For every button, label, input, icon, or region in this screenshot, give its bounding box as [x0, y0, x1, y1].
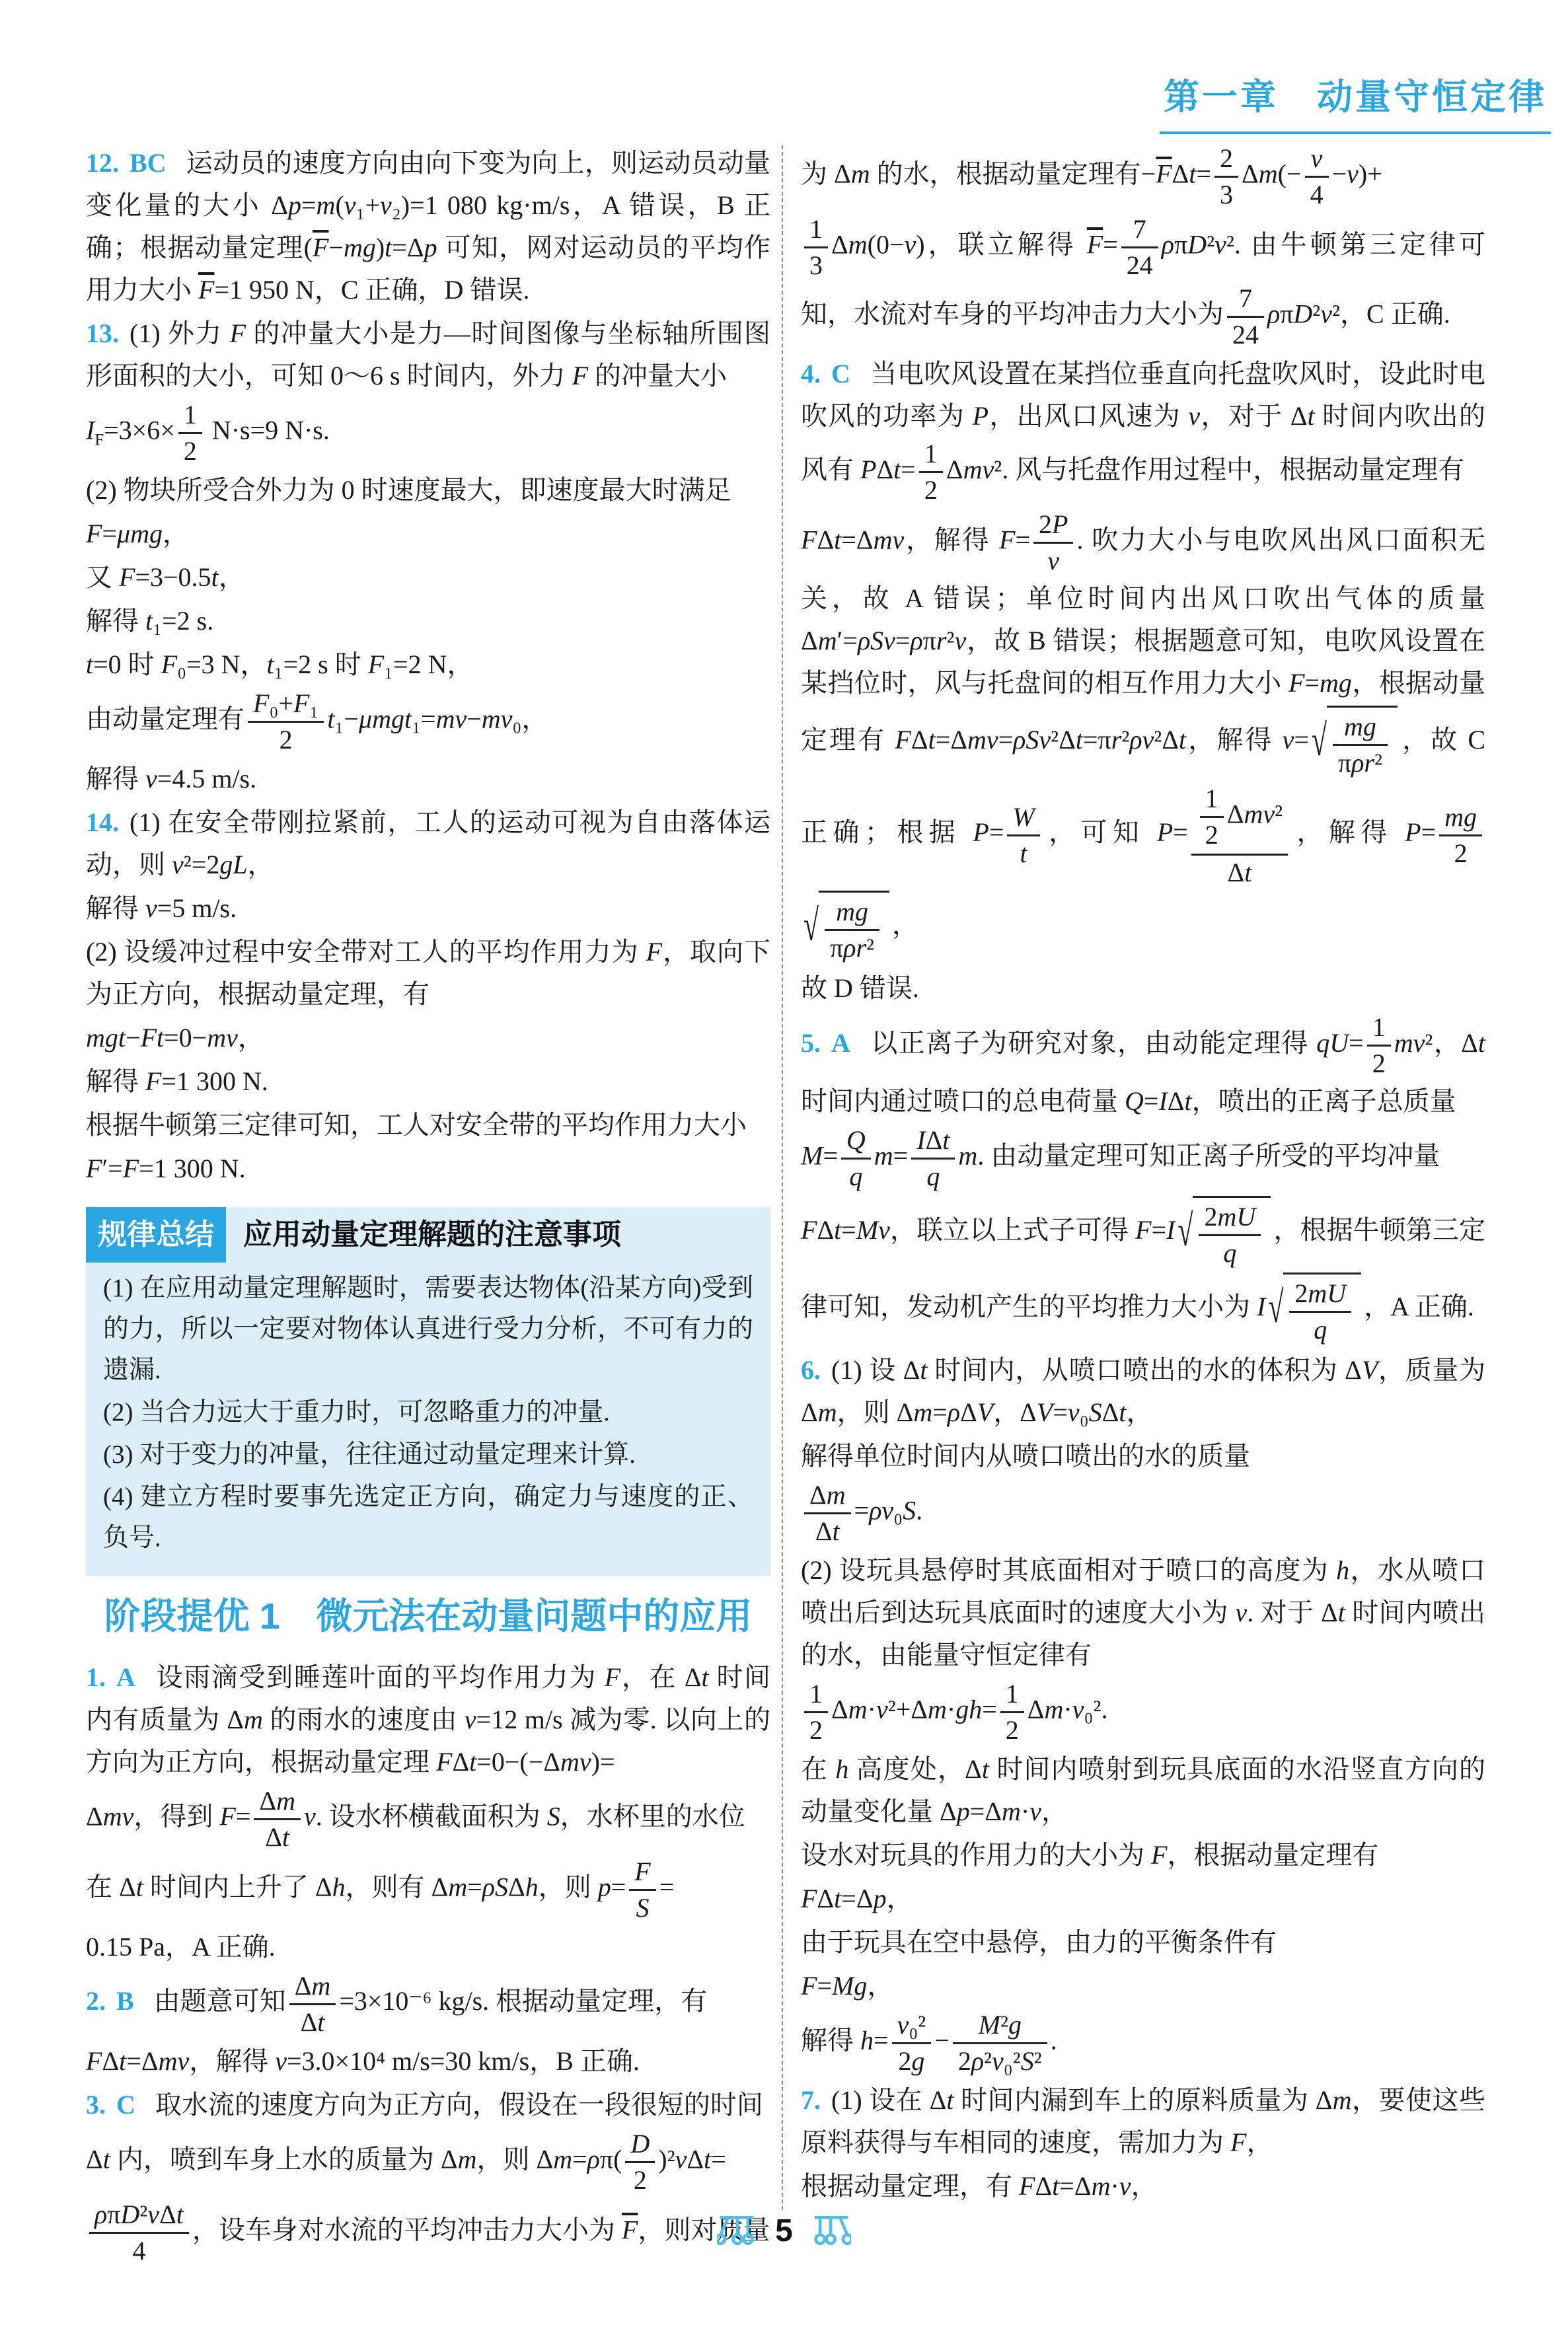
variable: v [1047, 546, 1059, 575]
radicand: mgπρr² [819, 891, 889, 965]
variable: Mv [856, 1215, 890, 1245]
rule-box-paragraph: (1) 在应用动量定理解题时，需要表达物体(沿某方向)受到的力，所以一定要对物体… [103, 1268, 753, 1391]
variable: V [1037, 1397, 1053, 1427]
variable: ρr [1351, 748, 1374, 778]
variable: F [1151, 1840, 1167, 1870]
variable: r [936, 626, 947, 655]
variable: m [963, 455, 983, 484]
paragraph: 根据牛顿第三定律可知，工人对安全带的平均作用力大小 [86, 1104, 770, 1146]
radicand: 2mUq [1193, 1196, 1271, 1270]
variable: gL [219, 850, 247, 879]
variable: mv [482, 704, 513, 734]
variable: t [317, 2007, 324, 2037]
variable: W [1012, 802, 1034, 832]
variable: v [1320, 299, 1332, 329]
numerator: 1 [178, 400, 202, 434]
fraction: 12Δmv²Δt [1191, 782, 1288, 888]
denominator: 2g [892, 2044, 932, 2077]
variable: ρ [587, 2144, 600, 2174]
variable: t [1020, 838, 1027, 868]
answer-letter: A [116, 1662, 135, 1692]
variable: I [1166, 1215, 1175, 1245]
newton-cradle-icon [717, 2212, 757, 2249]
variable: m [958, 1141, 977, 1171]
variable: mU [1217, 1202, 1255, 1232]
variable: F [634, 1857, 650, 1886]
fraction: IΔtq [911, 1125, 955, 1192]
variable: F [999, 525, 1015, 555]
item-body: (1) 设 Δt 时间内，从喷口喷出的水的体积为 ΔV，质量为 Δm，则 Δm=… [801, 1355, 1485, 1427]
rule-box-header: 规律总结应用动量定理解题的注意事项 [86, 1207, 753, 1263]
variable: m [851, 159, 870, 189]
radicand: 2mUq [1283, 1273, 1361, 1347]
variable: D [1187, 230, 1207, 260]
numerator: 1 [1367, 1012, 1391, 1047]
variable: I [86, 416, 94, 445]
variable: v [1119, 2171, 1131, 2201]
denominator: πρr² [1333, 746, 1388, 778]
variable: P [1052, 509, 1068, 539]
denominator: 2 [625, 2163, 655, 2196]
numerator: 1 [804, 214, 828, 248]
paragraph: 13Δm(0−v)，联立解得 F=724ρπD²v². 由牛顿第三定律可知，水流… [801, 213, 1485, 351]
variable: V [977, 1397, 993, 1427]
textbook-answer-page: 第一章 动量守恒定律 12.BC运动员的速度方向由向下变为向上，则运动员动量变化… [0, 0, 1568, 2325]
variable: V [1362, 1355, 1378, 1385]
variable: v [172, 850, 184, 879]
variable: F [230, 318, 246, 348]
denominator: πρr² [825, 931, 879, 963]
paragraph: t=0 时 F₀=3 N，t₁=2 s 时 F₁=2 N， [86, 644, 770, 686]
variable: qU [1316, 1028, 1349, 1058]
denominator: t [1007, 836, 1039, 869]
fraction: mgπρr² [1333, 712, 1388, 778]
numerator: 1 [804, 1679, 828, 1713]
variable: P [860, 455, 876, 484]
variable: m [458, 2144, 477, 2174]
variable: t [834, 525, 841, 555]
denominator: q [1199, 1236, 1261, 1269]
denominator: 24 [1121, 248, 1158, 281]
denominator: Δt [804, 1514, 851, 1547]
overbar-variable: F [313, 233, 328, 262]
variable: v [1283, 725, 1294, 755]
paragraph: FΔt=Mv，联立以上式子可得 F=I√2mUq，根据牛顿第三定律可知，发动机产… [801, 1195, 1485, 1348]
variable: D [1293, 299, 1312, 329]
variable: m [913, 1397, 932, 1427]
fraction: 2mUq [1199, 1202, 1261, 1269]
variable: F [123, 1154, 139, 1183]
answer-item: 14.(1) 在安全带刚拉紧前，工人的运动可视为自由落体运动，则 v²=2gL， [86, 801, 770, 886]
answer-item: 5.A以正离子为研究对象，由动能定理得 qU=12mv²，Δt 时间内通过喷口的… [801, 1011, 1485, 1123]
item-number: 5. [801, 1028, 821, 1058]
variable: t [385, 233, 392, 262]
fraction: Wt [1007, 802, 1039, 869]
variable: v [380, 190, 392, 220]
denominator: S [629, 1891, 655, 1923]
paragraph: IF=3×6×12 N·s=9 N·s. [86, 398, 770, 468]
rule-box: 规律总结应用动量定理解题的注意事项(1) 在应用动量定理解题时，需要表达物体(沿… [86, 1207, 770, 1576]
variable: S [1021, 2046, 1034, 2076]
denominator: 2 [1000, 1713, 1024, 1746]
numerator: Δm [289, 1971, 336, 2005]
variable: ρ [910, 626, 922, 655]
variable: I [1257, 1292, 1265, 1321]
radicand: mgπρr² [1327, 706, 1398, 780]
variable: t [119, 2046, 126, 2076]
variable: m [827, 1480, 846, 1510]
fraction: 13 [804, 214, 828, 281]
variable: t [1189, 159, 1196, 189]
square-root: √2mUq [1268, 1273, 1361, 1347]
denominator: 2 [804, 1713, 828, 1746]
variable: Ft [141, 1023, 165, 1052]
answer-letter: C [831, 359, 850, 388]
variable: v [465, 1705, 476, 1734]
variable: F [801, 525, 817, 555]
paragraph: 又 F=3−0.5t， [86, 556, 770, 599]
variable: m [818, 626, 837, 655]
answer-item: 4.C当电吹风设置在某挡位垂直向托盘吹风时，设此时电吹风的功率为 P，出风口风速… [801, 353, 1485, 507]
overbar-variable: F [198, 275, 214, 305]
rule-box-paragraph: (3) 对于变力的冲量，往往通过动量定理来计算. [103, 1434, 753, 1475]
page-footer: 5 [0, 2212, 1568, 2249]
variable: F [605, 1662, 620, 1692]
section-heading: 阶段提优 1 微元法在动量问题中的应用 [86, 1593, 770, 1641]
variable: v [992, 2046, 1004, 2076]
numerator: D [625, 2129, 655, 2163]
variable: ρS [482, 1872, 508, 1901]
variable: m [1244, 799, 1263, 829]
variable: t [1179, 725, 1186, 755]
variable: t [834, 1884, 841, 1913]
numerator: F₀+F₁ [248, 688, 324, 723]
denominator: q [1289, 1313, 1351, 1345]
variable: m [244, 1705, 263, 1734]
fraction: 12 [804, 1679, 828, 1746]
variable: p [288, 190, 301, 220]
variable: t [920, 1355, 927, 1385]
item-body: 取水流的速度方向为正方向，假设在一段很短的时间 [155, 2090, 763, 2120]
variable: v [675, 2144, 687, 2174]
variable: t [145, 606, 153, 636]
denominator: 3 [804, 248, 828, 281]
paragraph: 设水对玩具的作用力的大小为 F，根据动量定理有 [801, 1834, 1485, 1876]
numerator: 1 [1000, 1679, 1024, 1713]
radical-sign: √ [1312, 708, 1327, 775]
variable: v [145, 764, 157, 793]
variable: v [1263, 799, 1275, 829]
variable: m [1045, 1695, 1064, 1724]
paragraph: 在 h 高度处，Δt 时间内喷射到玩具底面的水沿竖直方向的动量变化量 Δp=Δm… [801, 1748, 1485, 1833]
variable: F [572, 361, 588, 390]
item-body: 设雨滴受到睡莲叶面的平均作用力为 F，在 Δt 时间内有质量为 Δm 的雨水的速… [86, 1662, 770, 1777]
paragraph: Δt 内，喷到车身上水的质量为 Δm，则 Δm=ρπ(D2)²vΔt= [86, 2127, 770, 2197]
fraction: 2Pv [1033, 509, 1073, 576]
variable: m [848, 230, 868, 260]
rule-box-title: 应用动量定理解题的注意事项 [243, 1214, 621, 1256]
variable: mg [344, 233, 376, 262]
fraction: D2 [625, 2129, 655, 2196]
paragraph: 12Δm·v²+Δm·gh=12Δm·v₀². [801, 1678, 1485, 1747]
variable: S [903, 1496, 916, 1526]
variable: mv [159, 2046, 190, 2076]
variable: m [311, 1971, 330, 2001]
variable: v [1311, 143, 1323, 173]
paragraph: 故 D 错误. [801, 967, 1485, 1010]
item-number: 7. [801, 2085, 821, 2115]
variable: v [1214, 230, 1226, 260]
variable: Mg [832, 1971, 867, 2001]
paragraph: M=Qqm=IΔtqm. 由动量定理可知正离子所受的平均冲量 [801, 1124, 1485, 1193]
paragraph: 解得单位时间内从喷口喷出的水的质量 [801, 1435, 1485, 1477]
variable: t [982, 1754, 989, 1784]
variable: F [119, 562, 135, 592]
variable: t [469, 1747, 476, 1777]
item-body: 运动员的速度方向由向下变为向上，则运动员动量变化量的大小 Δp=m(v₁+v₂)… [86, 148, 770, 305]
answer-letter: C [116, 2090, 135, 2120]
denominator: 2ρ²v₀²S² [953, 2044, 1047, 2077]
numerator: v [1305, 143, 1329, 178]
answer-item: 2.B由题意可知ΔmΔt=3×10⁻⁶ kg/s. 根据动量定理，有 [86, 1970, 770, 2039]
variable: m [276, 1786, 295, 1816]
denominator: v [1033, 544, 1073, 576]
fraction: 2mUq [1289, 1278, 1351, 1345]
variable: ρ [971, 2046, 984, 2076]
paragraph: (2) 物块所受合外力为 0 时速度最大，即速度最大时满足 [86, 469, 770, 511]
variable: t [1478, 1028, 1485, 1058]
variable: M [801, 1141, 823, 1171]
variable: v [876, 1695, 888, 1724]
fraction: 12 [919, 439, 943, 505]
variable: mv [560, 1747, 591, 1777]
fraction: v4 [1305, 143, 1329, 210]
variable: q [1314, 1315, 1327, 1345]
item-number: 2. [86, 1986, 106, 2016]
variable: t [327, 704, 334, 734]
paragraph: 为 Δm 的水，根据动量定理有−FΔt=23Δm(−v4−v)+ [801, 142, 1485, 211]
variable: t [1052, 2171, 1059, 2201]
variable: ρ [1162, 230, 1174, 260]
radical-sign: √ [803, 893, 819, 960]
denominator: 2 [1200, 818, 1224, 850]
variable: t [702, 1662, 709, 1692]
fraction: 12 [1000, 1679, 1024, 1746]
variable: F [1019, 2171, 1035, 2201]
variable: v [954, 626, 966, 655]
item-number: 13. [86, 318, 119, 348]
variable: P [1157, 817, 1173, 847]
numerator: 1 [919, 439, 943, 473]
variable: m [317, 190, 336, 220]
rule-box-paragraph: (2) 当合力远大于重力时，可忽略重力的冲量. [103, 1392, 753, 1433]
paragraph: F′=F=1 300 N. [86, 1148, 770, 1190]
item-number: 4. [801, 359, 821, 388]
variable: P [973, 401, 989, 431]
variable: ρSv [858, 626, 895, 655]
square-root: √mgπρr² [803, 891, 889, 965]
variable: q [1223, 1238, 1236, 1268]
variable: m [1333, 2085, 1352, 2115]
variable: F [86, 2046, 102, 2076]
numerator: 1 [1200, 784, 1224, 818]
variable: v [1347, 159, 1359, 189]
answer-item: 13.(1) 外力 F 的冲量大小是力—时间图像与坐标轴所围图形面积的大小，可知… [86, 313, 770, 397]
fraction: ΔmΔt [804, 1480, 851, 1547]
variable: h [1336, 1555, 1349, 1585]
variable: ρ [1267, 299, 1280, 329]
variable: m [848, 1695, 868, 1724]
numerator: 7 [1121, 214, 1158, 248]
paragraph: 0.15 Pa，A 正确. [86, 1926, 770, 1968]
variable: r [1111, 725, 1122, 755]
variable: q [849, 1162, 862, 1191]
fraction: mgπρr² [825, 897, 879, 963]
answer-item: 1.A设雨滴受到睡莲叶面的平均作用力为 F，在 Δt 时间内有质量为 Δm 的雨… [86, 1656, 770, 1783]
numerator: 2mU [1289, 1278, 1351, 1313]
variable: F [253, 688, 269, 718]
variable: h [835, 1754, 848, 1784]
variable: m [1092, 2171, 1111, 2201]
variable: v [1188, 401, 1200, 431]
variable: t [211, 562, 219, 592]
numerator: mg [1333, 712, 1388, 746]
variable: v [1072, 1695, 1084, 1724]
variable: F [161, 649, 177, 679]
variable: h [525, 1872, 539, 1901]
newton-cradle-icon [811, 2212, 851, 2249]
variable: t [1244, 858, 1251, 887]
left-column: 12.BC运动员的速度方向由向下变为向上，则运动员动量变化量的大小 Δp=m(v… [86, 142, 770, 2269]
variable: F [86, 519, 102, 548]
variable: F [1288, 668, 1304, 698]
variable: v [275, 2046, 287, 2076]
denominator: 2 [919, 473, 943, 505]
variable: t [136, 1872, 143, 1901]
variable: ρv [869, 1496, 893, 1526]
variable: ρv [1129, 725, 1154, 755]
variable: p [874, 1884, 887, 1913]
variable: t [1308, 401, 1315, 431]
variable: mg [836, 897, 868, 926]
answer-item: 6.(1) 设 Δt 时间内，从喷口喷出的水的体积为 ΔV，质量为 Δm，则 Δ… [801, 1349, 1485, 1434]
rule-box-paragraph: (4) 建立方程时要事先选定正方向，确定力与速度的正、负号. [103, 1477, 753, 1559]
item-number: 3. [86, 2090, 106, 2120]
paragraph: 解得 v=5 m/s. [86, 887, 770, 930]
variable: v [1235, 1598, 1247, 1627]
variable: t [267, 649, 274, 679]
variable: S [1089, 1397, 1102, 1427]
numerator: 12Δmv² [1191, 782, 1288, 856]
variable: t [834, 1215, 841, 1245]
numerator: W [1007, 802, 1039, 836]
variable: D [630, 2129, 650, 2159]
fraction: M²g2ρ²v₀²S² [953, 2010, 1047, 2077]
variable: F [293, 688, 309, 718]
variable: h [860, 2026, 874, 2055]
variable: h [332, 1872, 346, 1901]
denominator: 2 [1367, 1047, 1391, 1079]
variable: mg [1344, 712, 1376, 741]
denominator: 2 [248, 723, 324, 755]
fraction: Qq [841, 1125, 871, 1192]
variable: P [1405, 817, 1421, 847]
variable: mv [967, 725, 998, 755]
paragraph: Δmv，得到 F=ΔmΔtv. 设水杯横截面积为 S，水杯里的水位 [86, 1785, 770, 1854]
overbar-variable: F [1156, 159, 1172, 189]
variable: mg [1444, 802, 1477, 832]
column-divider [782, 145, 783, 2210]
variable: mv [103, 1801, 134, 1831]
variable: F [436, 1747, 452, 1777]
variable: Q [846, 1125, 866, 1155]
variable: v [1068, 1397, 1080, 1427]
numerator: IΔt [911, 1125, 955, 1160]
variable: F [801, 1884, 817, 1913]
variable: mU [1308, 1278, 1346, 1308]
variable: t [704, 2144, 711, 2174]
variable: F [1230, 2127, 1246, 2157]
variable: t [1338, 1598, 1345, 1627]
variable: g [911, 2046, 924, 2076]
numerator: 2P [1033, 509, 1073, 544]
fraction: F₀+F₁2 [248, 688, 324, 755]
variable: t [1076, 725, 1083, 755]
variable: M [979, 2010, 1000, 2040]
item-body: (1) 设在 Δt 时间内漏到车上的原料质量为 Δm，要使这些原料获得与车相同的… [801, 2085, 1485, 2157]
paragraph: 由于玩具在空中悬停，由力的平衡条件有 [801, 1921, 1485, 1964]
variable: p [424, 233, 437, 262]
denominator: 4 [1305, 178, 1329, 210]
variable: t [1185, 1086, 1192, 1116]
fraction: 23 [1214, 143, 1238, 210]
answer-letter: B [116, 1986, 134, 2016]
overbar-variable: F [1087, 230, 1103, 260]
fraction: 724 [1227, 283, 1264, 350]
variable: F [86, 1154, 102, 1183]
answer-letter: BC [130, 148, 167, 178]
variable: mv [874, 525, 905, 555]
variable: F [895, 725, 911, 755]
variable: I [916, 1125, 925, 1155]
variable: F [368, 649, 384, 679]
radical-sign: √ [1268, 1274, 1283, 1342]
variable: t [282, 1822, 289, 1852]
answer-letter: A [831, 1028, 850, 1058]
denominator: q [841, 1160, 871, 1192]
paragraph: 根据动量定理，有 FΔt=Δm·v， [801, 2165, 1485, 2207]
paragraph: FΔt=Δmv，解得 F=2Pv. 吹力大小与电吹风出风口面积无关，故 A 错误… [801, 508, 1485, 966]
fraction: 724 [1121, 214, 1158, 281]
fraction: ΔmΔt [254, 1786, 301, 1853]
variable: t [928, 725, 936, 755]
variable: v [905, 230, 916, 260]
variable: m [448, 1872, 467, 1901]
variable: ρSv [1013, 725, 1051, 755]
fraction: v₀²2g [892, 2010, 932, 2077]
numerator: Δm [254, 1786, 301, 1820]
fraction: mg2 [1439, 802, 1482, 869]
variable: F [801, 1971, 817, 2001]
numerator: 7 [1227, 283, 1264, 318]
variable: p [598, 1872, 611, 1901]
numerator: v₀² [892, 2010, 932, 2044]
variable: μmg [117, 519, 163, 548]
paragraph: 解得 t₁=2 s. [86, 600, 770, 642]
answer-item: 3.C取水流的速度方向为正方向，假设在一段很短的时间 [86, 2084, 770, 2126]
variable: v [897, 2010, 909, 2040]
square-root: √mgπρr² [1312, 706, 1398, 780]
